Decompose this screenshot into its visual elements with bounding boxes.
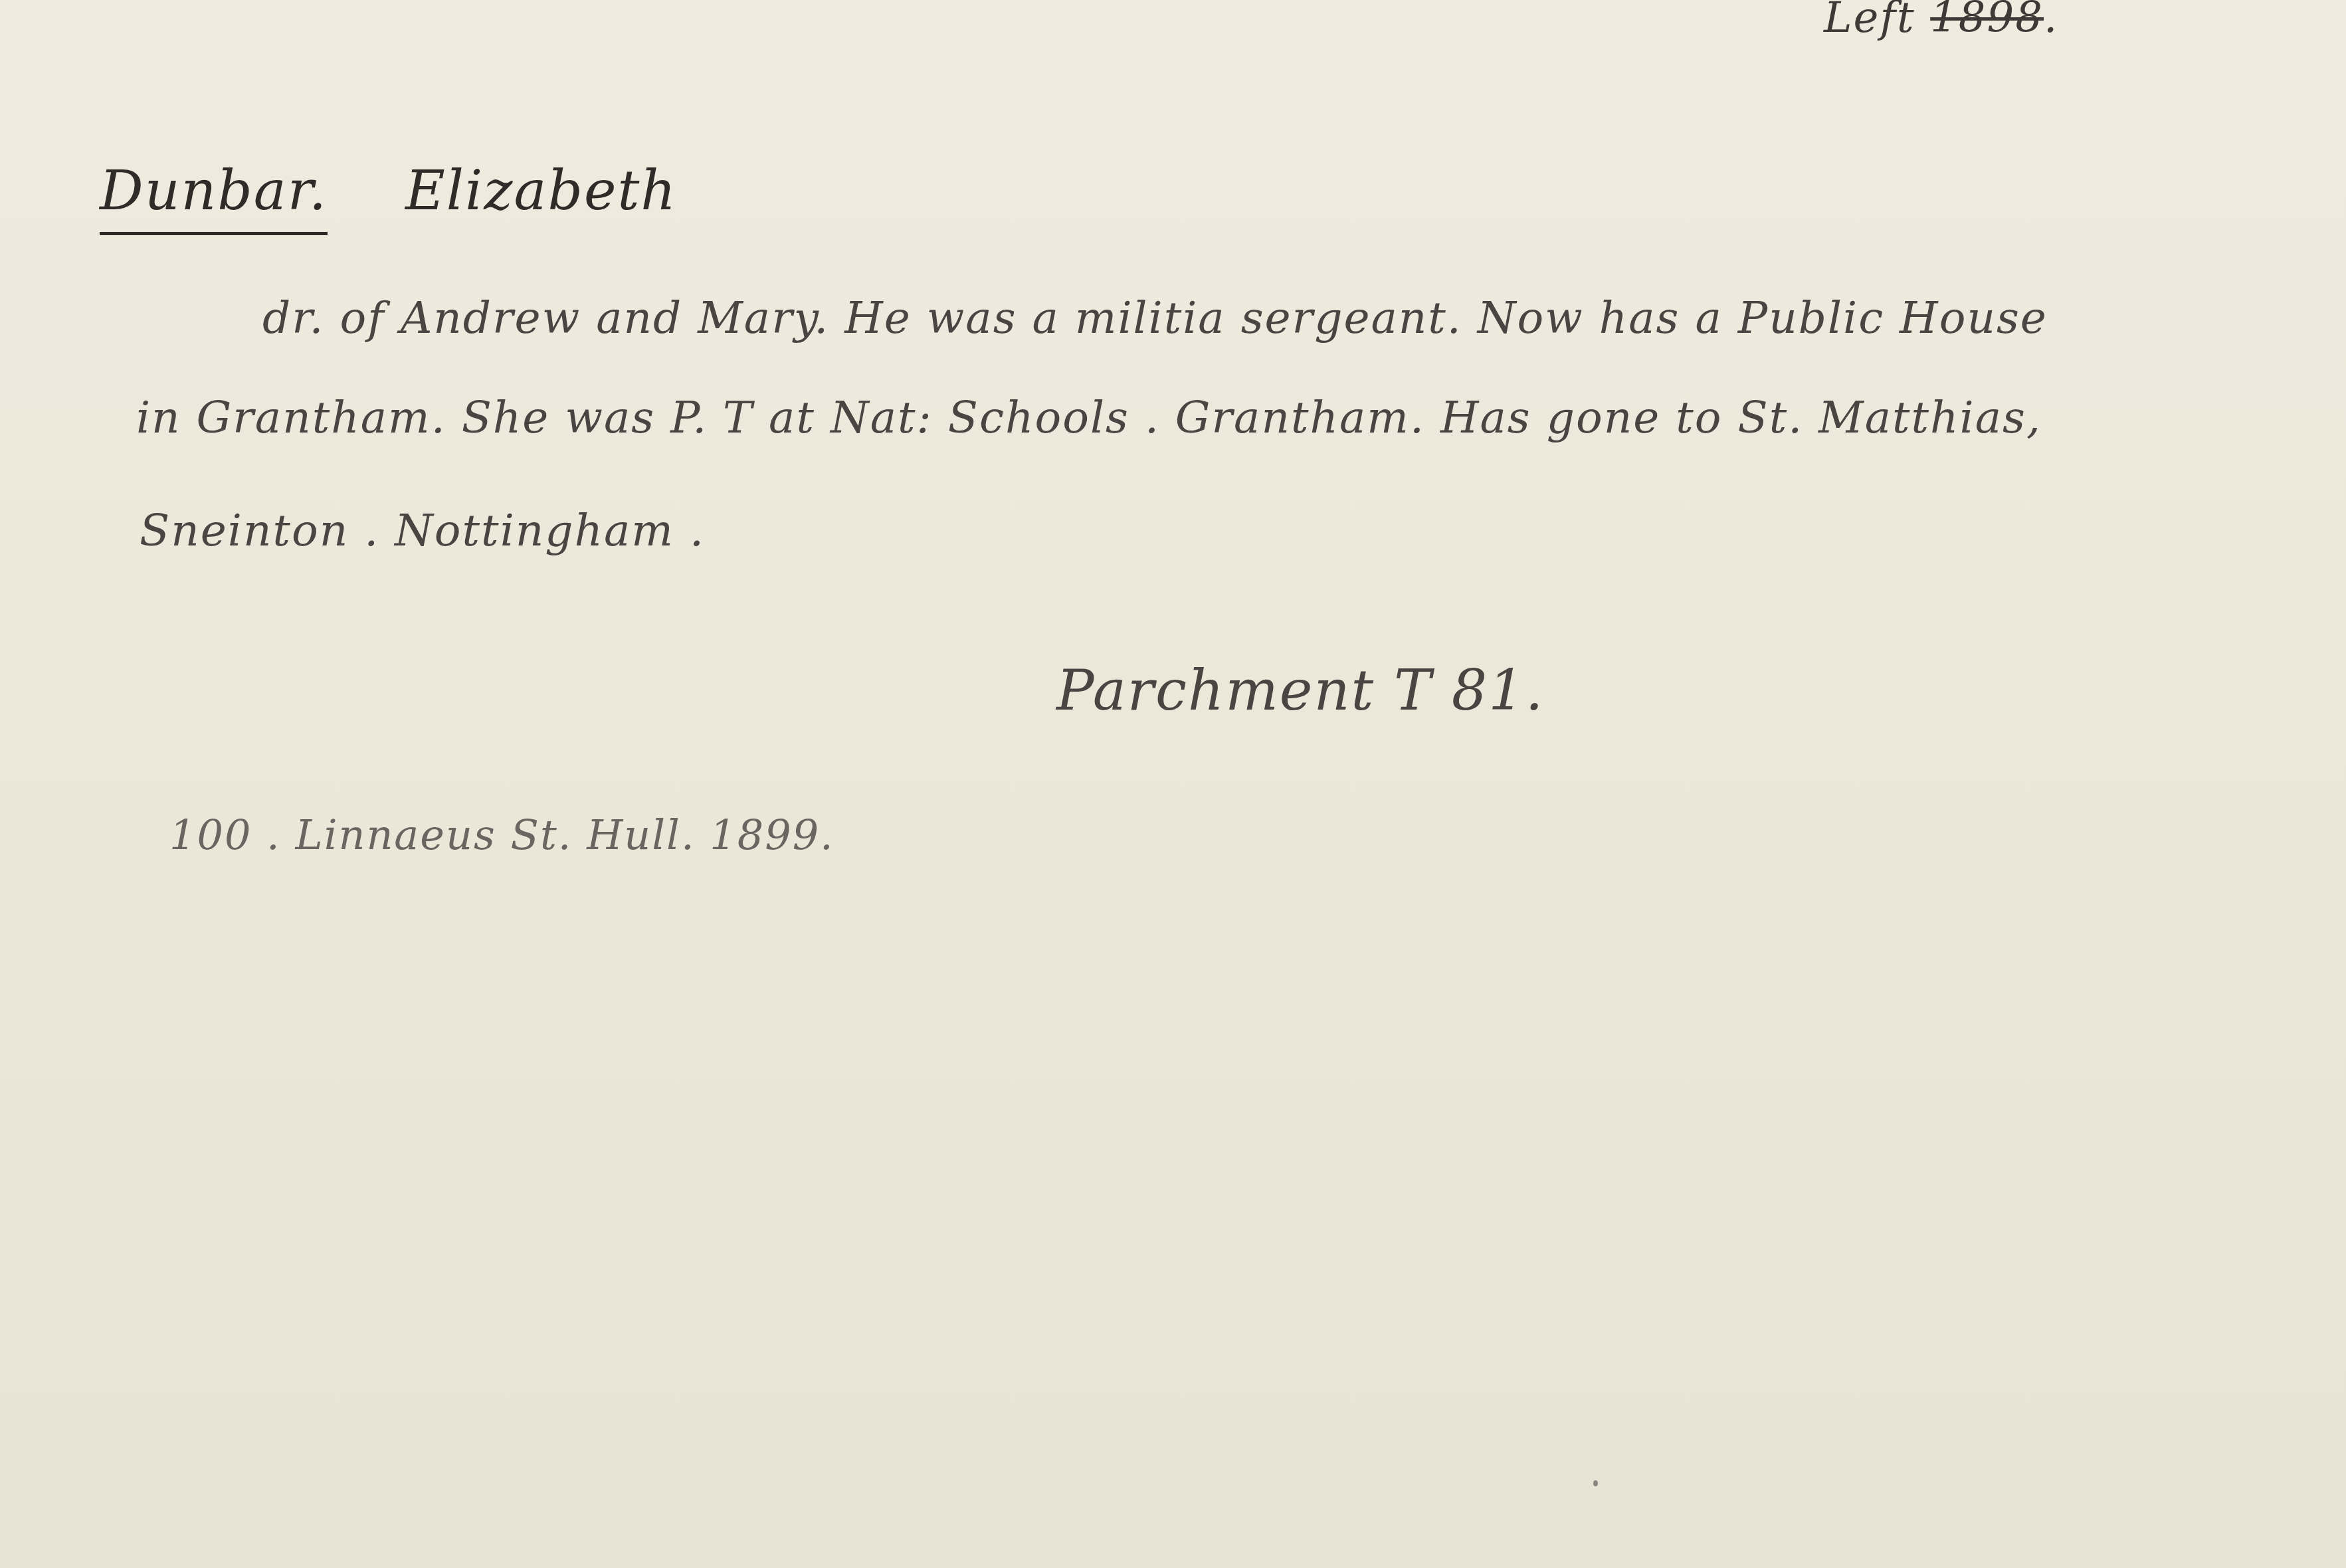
entry-body-line: dr. of Andrew and Mary. He was a militia… — [262, 292, 2048, 343]
parchment-reference: Parchment T 81. — [1056, 658, 1544, 723]
left-label: Left — [1824, 0, 1915, 43]
entry-body-line: in Grantham. She was P. T at Nat: School… — [136, 392, 2042, 443]
later-address-note: 100 . Linnaeus St. Hull. 1899. — [169, 811, 834, 859]
document-page: Left 1898. 1898 Dunbar. Elizabeth dr. of… — [0, 0, 2346, 1568]
struck-year: 1898 — [1930, 0, 2044, 43]
paper-speck — [1593, 1480, 1598, 1486]
overwritten-year: 1898 — [1937, 0, 2050, 1]
entry-surname: Dunbar. — [100, 159, 328, 235]
entry-body-line: Sneinton . Nottingham . — [140, 505, 705, 556]
entry-forename: Elizabeth — [405, 159, 677, 223]
left-date-note: Left 1898. 1898 — [1824, 0, 2058, 43]
